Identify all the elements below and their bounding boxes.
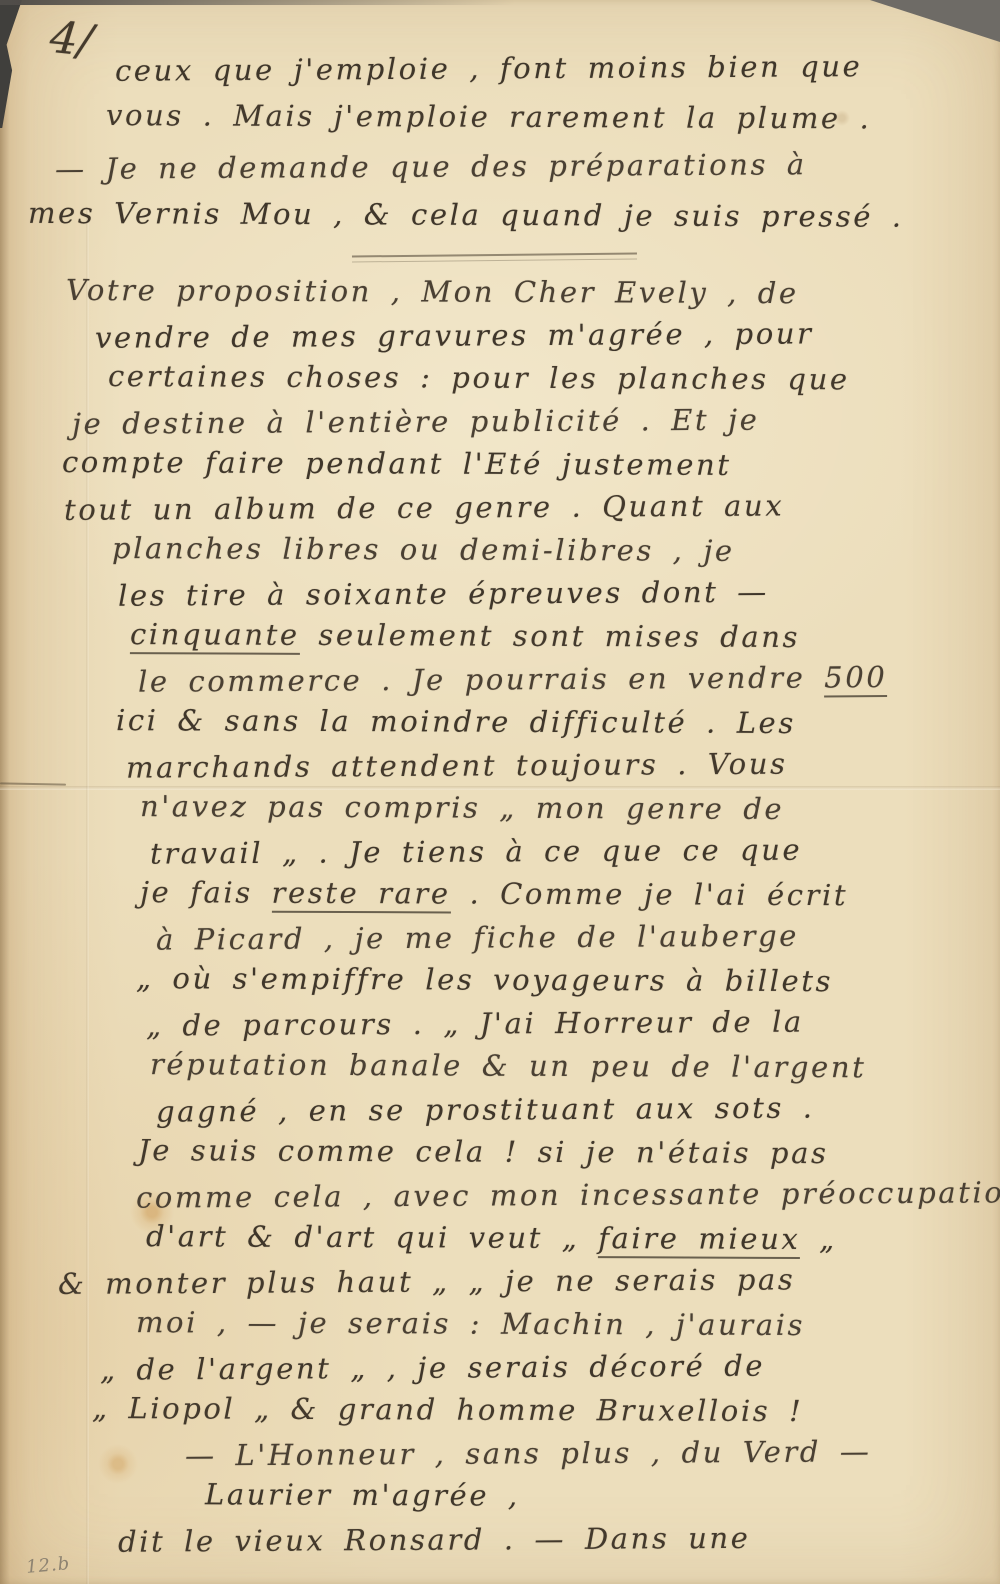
letter-body: ceux que j'emploie , font moins bien que… — [0, 44, 1000, 1561]
manuscript-text: Votre proposition , Mon Cher Evely , de — [66, 273, 799, 310]
manuscript-text: comme cela , avec mon incessante préoccu… — [136, 1175, 1000, 1215]
manuscript-line: — Je ne demande que des préparations à — [55, 139, 1000, 194]
manuscript-line: Votre proposition , Mon Cher Evely , de — [66, 269, 1000, 316]
manuscript-line: vous . Mais j'emploie rarement la plume … — [106, 91, 1000, 144]
manuscript-line: comme cela , avec mon incessante préoccu… — [136, 1171, 1000, 1219]
manuscript-text: „ de parcours . „ J'ai Horreur de la — [146, 1005, 804, 1043]
manuscript-text: je fais — [140, 875, 272, 910]
manuscript-text: — L'Honneur , sans plus , du Verd — — [185, 1434, 872, 1472]
manuscript-line: n'avez pas compris „ mon genre de — [140, 785, 1000, 832]
manuscript-text: les tire à soixante épreuves dont — — [118, 575, 769, 613]
manuscript-text: — Je ne demande que des préparations à — [55, 147, 807, 186]
manuscript-line: — L'Honneur , sans plus , du Verd — — [185, 1430, 1000, 1478]
manuscript-line: dit le vieux Ronsard . — Dans une — [118, 1515, 1000, 1563]
manuscript-line: d'art & d'art qui veut „ faire mieux „ — [146, 1215, 1000, 1262]
manuscript-line: „ de parcours . „ J'ai Horreur de la — [146, 999, 1000, 1047]
manuscript-line: le commerce . Je pourrais en vendre 500 — [138, 655, 1000, 703]
manuscript-line: à Picard , je me fiche de l'auberge — [156, 913, 1000, 961]
manuscript-text: & monter plus haut „ „ je ne serais pas — [58, 1262, 796, 1301]
manuscript-line: tout un album de ce genre . Quant aux — [64, 483, 1000, 532]
manuscript-line: gagné , en se prostituant aux sots . — [156, 1085, 1000, 1133]
manuscript-text: dit le vieux Ronsard . — Dans une — [118, 1521, 751, 1559]
manuscript-line: & monter plus haut „ „ je ne serais pas — [58, 1257, 1000, 1306]
manuscript-text: moi , — je serais : Machin , j'aurais — [136, 1305, 805, 1342]
manuscript-line: cinquante seulement sont mises dans — [130, 613, 1000, 660]
manuscript-text: „ de l'argent „ , je serais décoré de — [100, 1349, 765, 1387]
manuscript-text: tout un album de ce genre . Quant aux — [64, 488, 784, 526]
manuscript-text: travail „ . Je tiens à ce que ce que — [150, 833, 802, 871]
manuscript-line: travail „ . Je tiens à ce que ce que — [150, 827, 1000, 875]
manuscript-line: je fais reste rare . Comme je l'ai écrit — [140, 871, 1000, 918]
manuscript-text: seulement sont mises dans — [300, 618, 801, 654]
paragraph-divider-rule — [352, 253, 637, 263]
manuscript-text: mes Vernis Mou , & cela quand je suis pr… — [28, 196, 904, 234]
manuscript-text: planches libres ou demi-libres , je — [112, 531, 735, 568]
manuscript-text: marchands attendent toujours . Vous — [126, 747, 788, 785]
manuscript-line: les tire à soixante épreuves dont — — [118, 569, 1000, 617]
letter-page: 4/ ceux que j'emploie , font moins bien … — [0, 0, 1000, 1584]
manuscript-line: mes Vernis Mou , & cela quand je suis pr… — [28, 189, 1000, 242]
manuscript-line: „ de l'argent „ , je serais décoré de — [100, 1343, 1000, 1391]
manuscript-line: moi , — je serais : Machin , j'aurais — [136, 1301, 1000, 1348]
underlined-text: 500 — [824, 660, 887, 697]
manuscript-line: Laurier m'agrée , — [205, 1473, 1000, 1519]
manuscript-text: „ où s'empiffre les voyageurs à billets — [136, 961, 833, 998]
manuscript-text: n'avez pas compris „ mon genre de — [140, 789, 784, 826]
manuscript-text: à Picard , je me fiche de l'auberge — [156, 919, 799, 957]
manuscript-line: „ Liopol „ & grand homme Bruxellois ! — [92, 1387, 1000, 1434]
manuscript-text: vendre de mes gravures m'agrée , pour — [95, 316, 814, 354]
manuscript-text: d'art & d'art qui veut „ — [146, 1219, 598, 1255]
manuscript-line: vendre de mes gravures m'agrée , pour — [95, 311, 1000, 360]
photo-background: 4/ ceux que j'emploie , font moins bien … — [0, 0, 1000, 1584]
manuscript-text: certaines choses : pour les planches que — [108, 359, 850, 396]
manuscript-text: ceux que j'emploie , font moins bien que — [115, 49, 863, 88]
manuscript-text: ici & sans la moindre difficulté . Les — [116, 703, 796, 740]
archival-pencil-annotation: 12.b — [25, 1553, 71, 1578]
manuscript-text: „ Liopol „ & grand homme Bruxellois ! — [92, 1391, 803, 1428]
manuscript-text: réputation banale & un peu de l'argent — [150, 1047, 867, 1084]
underlined-text: reste rare — [271, 876, 450, 914]
manuscript-text: vous . Mais j'emploie rarement la plume … — [106, 98, 872, 135]
manuscript-line: ceux que j'emploie , font moins bien que — [115, 41, 1000, 95]
manuscript-text: . Comme je l'ai écrit — [451, 876, 849, 912]
manuscript-line: „ où s'empiffre les voyageurs à billets — [136, 957, 1000, 1004]
manuscript-line: compte faire pendant l'Eté justement — [62, 441, 1000, 488]
manuscript-line: marchands attendent toujours . Vous — [126, 741, 1000, 789]
manuscript-line: réputation banale & un peu de l'argent — [150, 1043, 1000, 1090]
manuscript-line: je destine à l'entière publicité . Et je — [72, 397, 1000, 446]
photo-edge-top — [0, 0, 560, 5]
underlined-text: cinquante — [130, 617, 300, 655]
manuscript-text: je destine à l'entière publicité . Et je — [72, 403, 760, 441]
manuscript-text: compte faire pendant l'Eté justement — [62, 445, 732, 482]
manuscript-text: Je suis comme cela ! si je n'étais pas — [138, 1133, 829, 1170]
manuscript-text: Laurier m'agrée , — [205, 1477, 520, 1512]
manuscript-text: le commerce . Je pourrais en vendre — [138, 660, 824, 698]
manuscript-line: planches libres ou demi-libres , je — [112, 527, 1000, 574]
manuscript-text: „ — [800, 1222, 837, 1256]
photo-corner-top-right — [870, 0, 1000, 42]
manuscript-line: Je suis comme cela ! si je n'étais pas — [138, 1129, 1000, 1176]
manuscript-text: gagné , en se prostituant aux sots . — [156, 1091, 815, 1129]
manuscript-line: ici & sans la moindre difficulté . Les — [116, 699, 1000, 746]
manuscript-line: certaines choses : pour les planches que — [108, 355, 1000, 402]
underlined-text: faire mieux — [598, 1221, 800, 1259]
